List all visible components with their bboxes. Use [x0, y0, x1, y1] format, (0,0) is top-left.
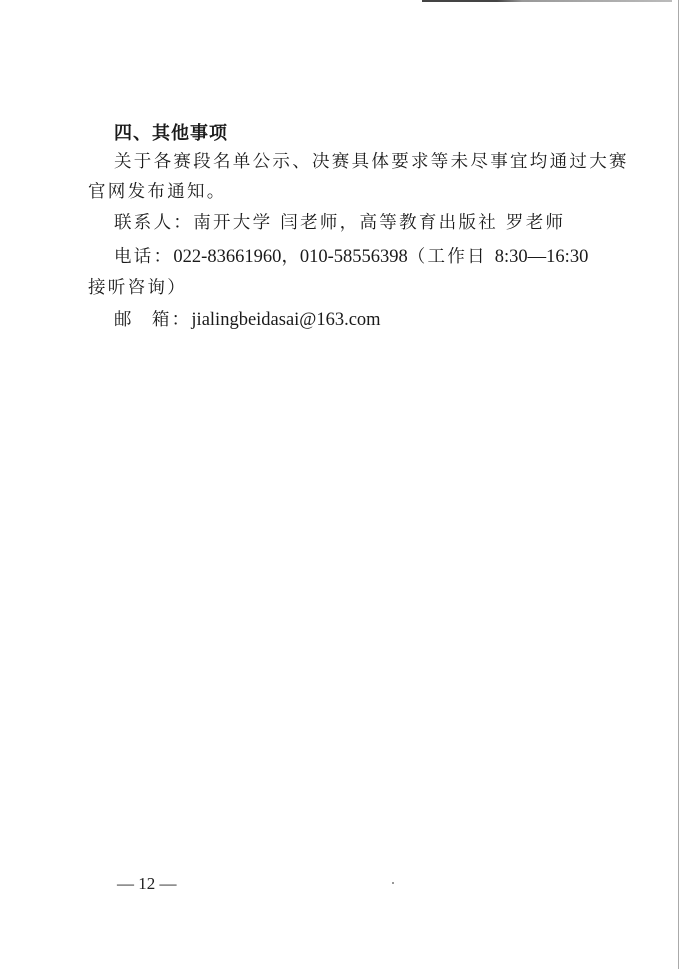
scan-speck	[392, 882, 394, 884]
email-address: jialingbeidasai@163.com	[191, 310, 380, 330]
contact-person-label: 联系人：	[114, 213, 193, 233]
email-label-char-2: 箱：	[152, 310, 192, 330]
contact-person-line: 联系人：南开大学 闫老师，高等教育出版社 罗老师	[114, 209, 565, 234]
phone-line: 电话：022-83661960，010-58556398（工作日 8:30—16…	[114, 242, 588, 268]
phone-hours-prefix: （工作日	[408, 247, 495, 267]
phone-numbers: 022-83661960，010-58556398	[173, 247, 407, 267]
email-line: 邮箱：jialingbeidasai@163.com	[114, 306, 381, 331]
contact-person-value: 南开大学 闫老师，高等教育出版社 罗老师	[193, 213, 565, 233]
section-heading: 四、其他事项	[114, 119, 228, 145]
top-edge-rule	[422, 0, 672, 2]
phone-hours: 8:30—16:30	[495, 247, 589, 267]
page-right-edge	[678, 0, 679, 969]
page-number: — 12 —	[117, 874, 177, 894]
paragraph-line-1: 关于各赛段名单公示、决赛具体要求等未尽事宜均通过大赛	[114, 148, 629, 173]
paragraph-line-2: 官网发布通知。	[88, 178, 227, 203]
phone-label: 电话：	[114, 247, 173, 267]
phone-continuation-line: 接听咨询）	[88, 274, 187, 299]
email-label-char-1: 邮	[114, 310, 134, 330]
